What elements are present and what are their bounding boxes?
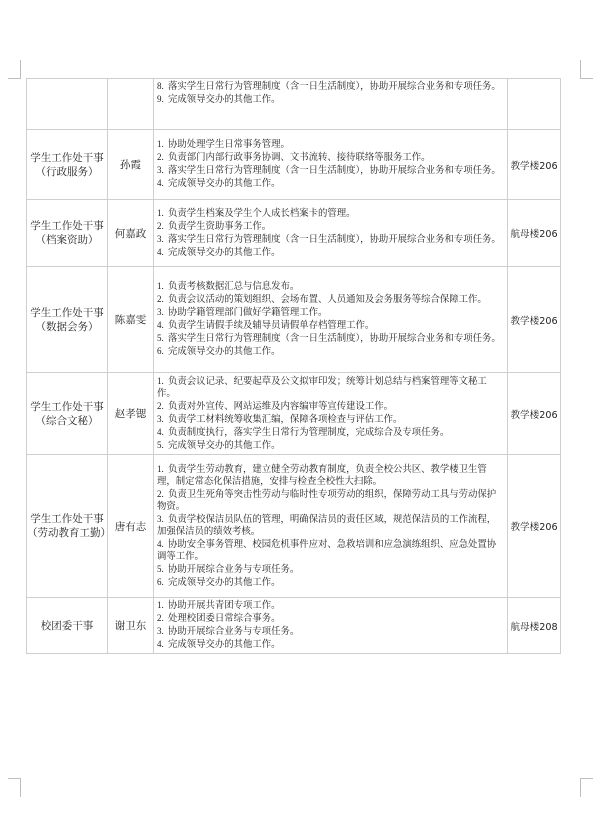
duty-item: 2.负责卫生死角等突击性劳动与临时性专项劳动的组织，保障劳动工具与劳动保护物资。 [157,488,504,513]
post-cell: 学生工作处干事 （档案资助） [27,200,108,267]
table-row: 学生工作处干事 （劳动教育工勤） 唐有志 1.负责学生劳动教育，建立健全劳动教育… [27,455,561,598]
name-cell: 孙霞 [108,130,154,200]
post-title: 学生工作处干事 [27,306,107,320]
crop-mark-bottom-right [580,778,593,797]
duty-item: 3.负责学工材料统筹收集汇编，保障各项检查与评估工作。 [157,413,504,426]
duties-cell: 1.负责学生档案及学生个人成长档案卡的管理。 2.负责学生资助事务工作。 3.落… [154,200,508,267]
crop-mark-top-right [580,60,593,79]
post-cell [27,79,108,130]
staff-duty-table: 8.落实学生日常行为管理制度（含一日生活制度），协助开展综合业务和专项任务。 9… [26,78,561,654]
duty-item: 3.落实学生日常行为管理制度（含一日生活制度），协助开展综合业务和专项任务。 [157,164,504,177]
name-cell: 赵孝锶 [108,373,154,455]
duty-item: 6.完成领导交办的其他工作。 [157,576,504,589]
location-cell: 教学楼206 [508,373,561,455]
duty-item: 2.负责会议活动的策划组织、会场布置、人员通知及会务服务等综合保障工作。 [157,293,504,306]
crop-mark-bottom-left [8,778,21,797]
duty-item: 2.负责学生资助事务工作。 [157,220,504,233]
table-row: 学生工作处干事 （数据会务） 陈嘉雯 1.负责考核数据汇总与信息发布。 2.负责… [27,267,561,373]
duty-item: 6.完成领导交办的其他工作。 [157,345,504,358]
location-cell: 教学楼206 [508,130,561,200]
duties-cell: 8.落实学生日常行为管理制度（含一日生活制度），协助开展综合业务和专项任务。 9… [154,79,508,130]
duty-item: 1.负责考核数据汇总与信息发布。 [157,280,504,293]
duty-item: 2.处理校团委日常综合事务。 [157,612,504,625]
duty-item: 1.负责学生劳动教育，建立健全劳动教育制度，负责全校公共区、教学楼卫生管理，制定… [157,463,504,488]
location-cell [508,79,561,130]
duties-cell: 1.负责会议记录、纪要起草及公文拟审印发；统筹计划总结与档案管理等文秘工作。 2… [154,373,508,455]
post-cell: 校团委干事 [27,598,108,654]
duty-item: 3.落实学生日常行为管理制度（含一日生活制度），协助开展综合业务和专项任务。 [157,233,504,246]
post-title: 学生工作处干事 [27,400,107,414]
name-cell: 陈嘉雯 [108,267,154,373]
duty-item: 9.完成领导交办的其他工作。 [157,93,504,106]
table-row: 学生工作处干事 （行政服务） 孙霞 1.协助处理学生日常事务管理。 2.负责部门… [27,130,561,200]
duties-cell: 1.协助开展共青团专项工作。 2.处理校团委日常综合事务。 3.协助开展综合业务… [154,598,508,654]
name-cell: 谢卫东 [108,598,154,654]
duty-item: 4.完成领导交办的其他工作。 [157,177,504,190]
duty-item: 1.负责学生档案及学生个人成长档案卡的管理。 [157,207,504,220]
table-row: 校团委干事 谢卫东 1.协助开展共青团专项工作。 2.处理校团委日常综合事务。 … [27,598,561,654]
duty-item: 5.协助开展综合业务与专项任务。 [157,563,504,576]
post-title: 学生工作处干事 [27,512,107,526]
table-row: 学生工作处干事 （综合文秘） 赵孝锶 1.负责会议记录、纪要起草及公文拟审印发；… [27,373,561,455]
location-cell: 航母楼208 [508,598,561,654]
duty-item: 1.协助处理学生日常事务管理。 [157,138,504,151]
location-cell: 航母楼206 [508,200,561,267]
post-title: 学生工作处干事 [27,219,107,233]
post-title: 学生工作处干事 [27,151,107,165]
post-subtitle: （综合文秘） [27,414,107,428]
duty-item: 4.协助安全事务管理、校园危机事件应对、急救培训和应急演练组织、应急处置协调等工… [157,538,504,563]
location-cell: 教学楼206 [508,455,561,598]
post-title: 校团委干事 [27,619,107,633]
table-row: 学生工作处干事 （档案资助） 何嘉政 1.负责学生档案及学生个人成长档案卡的管理… [27,200,561,267]
crop-mark-top-left [8,60,21,79]
name-cell: 唐有志 [108,455,154,598]
duty-item: 3.协助学籍管理部门做好学籍管理工作。 [157,306,504,319]
post-subtitle: （行政服务） [27,165,107,179]
duties-cell: 1.负责学生劳动教育，建立健全劳动教育制度，负责全校公共区、教学楼卫生管理，制定… [154,455,508,598]
duty-item: 1.负责会议记录、纪要起草及公文拟审印发；统筹计划总结与档案管理等文秘工作。 [157,375,504,400]
duty-item: 5.落实学生日常行为管理制度（含一日生活制度），协助开展综合业务和专项任务。 [157,332,504,345]
duty-item: 8.落实学生日常行为管理制度（含一日生活制度），协助开展综合业务和专项任务。 [157,80,504,93]
duty-item: 4.完成领导交办的其他工作。 [157,638,504,651]
name-cell [108,79,154,130]
post-cell: 学生工作处干事 （数据会务） [27,267,108,373]
duty-item: 3.协助开展综合业务与专项任务。 [157,625,504,638]
duty-item: 4.负责制度执行，落实学生日常行为管理制度，完成综合及专项任务。 [157,426,504,439]
post-cell: 学生工作处干事 （行政服务） [27,130,108,200]
post-cell: 学生工作处干事 （综合文秘） [27,373,108,455]
duty-item: 4.负责学生请假手续及辅导员请假单存档管理工作。 [157,319,504,332]
duty-item: 3.负责学校保洁员队伍的管理，明确保洁员的责任区域，规范保洁员的工作流程，加强保… [157,513,504,538]
duty-item: 2.负责部门内部行政事务协调、文书流转、接待联络等服务工作。 [157,151,504,164]
location-cell: 教学楼206 [508,267,561,373]
duty-item: 2.负责对外宣传、网站运维及内容编审等宣传建设工作。 [157,400,504,413]
post-cell: 学生工作处干事 （劳动教育工勤） [27,455,108,598]
name-cell: 何嘉政 [108,200,154,267]
duty-item: 4.完成领导交办的其他工作。 [157,246,504,259]
table-row: 8.落实学生日常行为管理制度（含一日生活制度），协助开展综合业务和专项任务。 9… [27,79,561,130]
duty-item: 5.完成领导交办的其他工作。 [157,439,504,452]
duties-cell: 1.协助处理学生日常事务管理。 2.负责部门内部行政事务协调、文书流转、接待联络… [154,130,508,200]
post-subtitle: （数据会务） [27,320,107,334]
duties-cell: 1.负责考核数据汇总与信息发布。 2.负责会议活动的策划组织、会场布置、人员通知… [154,267,508,373]
post-subtitle: （档案资助） [27,233,107,247]
post-subtitle: （劳动教育工勤） [27,526,107,540]
duty-item: 1.协助开展共青团专项工作。 [157,599,504,612]
